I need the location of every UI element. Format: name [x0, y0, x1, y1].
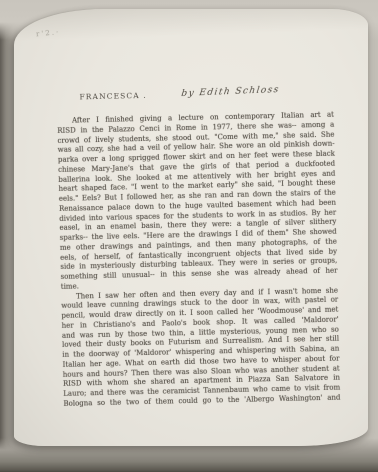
paragraph: Then I saw her often and then every day …: [61, 286, 341, 409]
manuscript-page: r'2.· FRANCESCA . by Edith Schloss After…: [14, 9, 368, 446]
body-text: After I finished giving a lecture on con…: [57, 111, 341, 410]
pencil-mark: r'2.·: [36, 28, 61, 38]
page-title: FRANCESCA .: [79, 91, 146, 102]
page-content: r'2.· FRANCESCA . by Edith Schloss After…: [12, 2, 376, 447]
photo-of-manuscript-page: { "colors": { "paper": "#eae7df", "ink":…: [0, 0, 378, 472]
byline-handwritten: by Edith Schloss: [181, 85, 281, 99]
title-row: FRANCESCA . by Edith Schloss: [56, 87, 333, 105]
paragraph: After I finished giving a lecture on con…: [57, 111, 338, 293]
